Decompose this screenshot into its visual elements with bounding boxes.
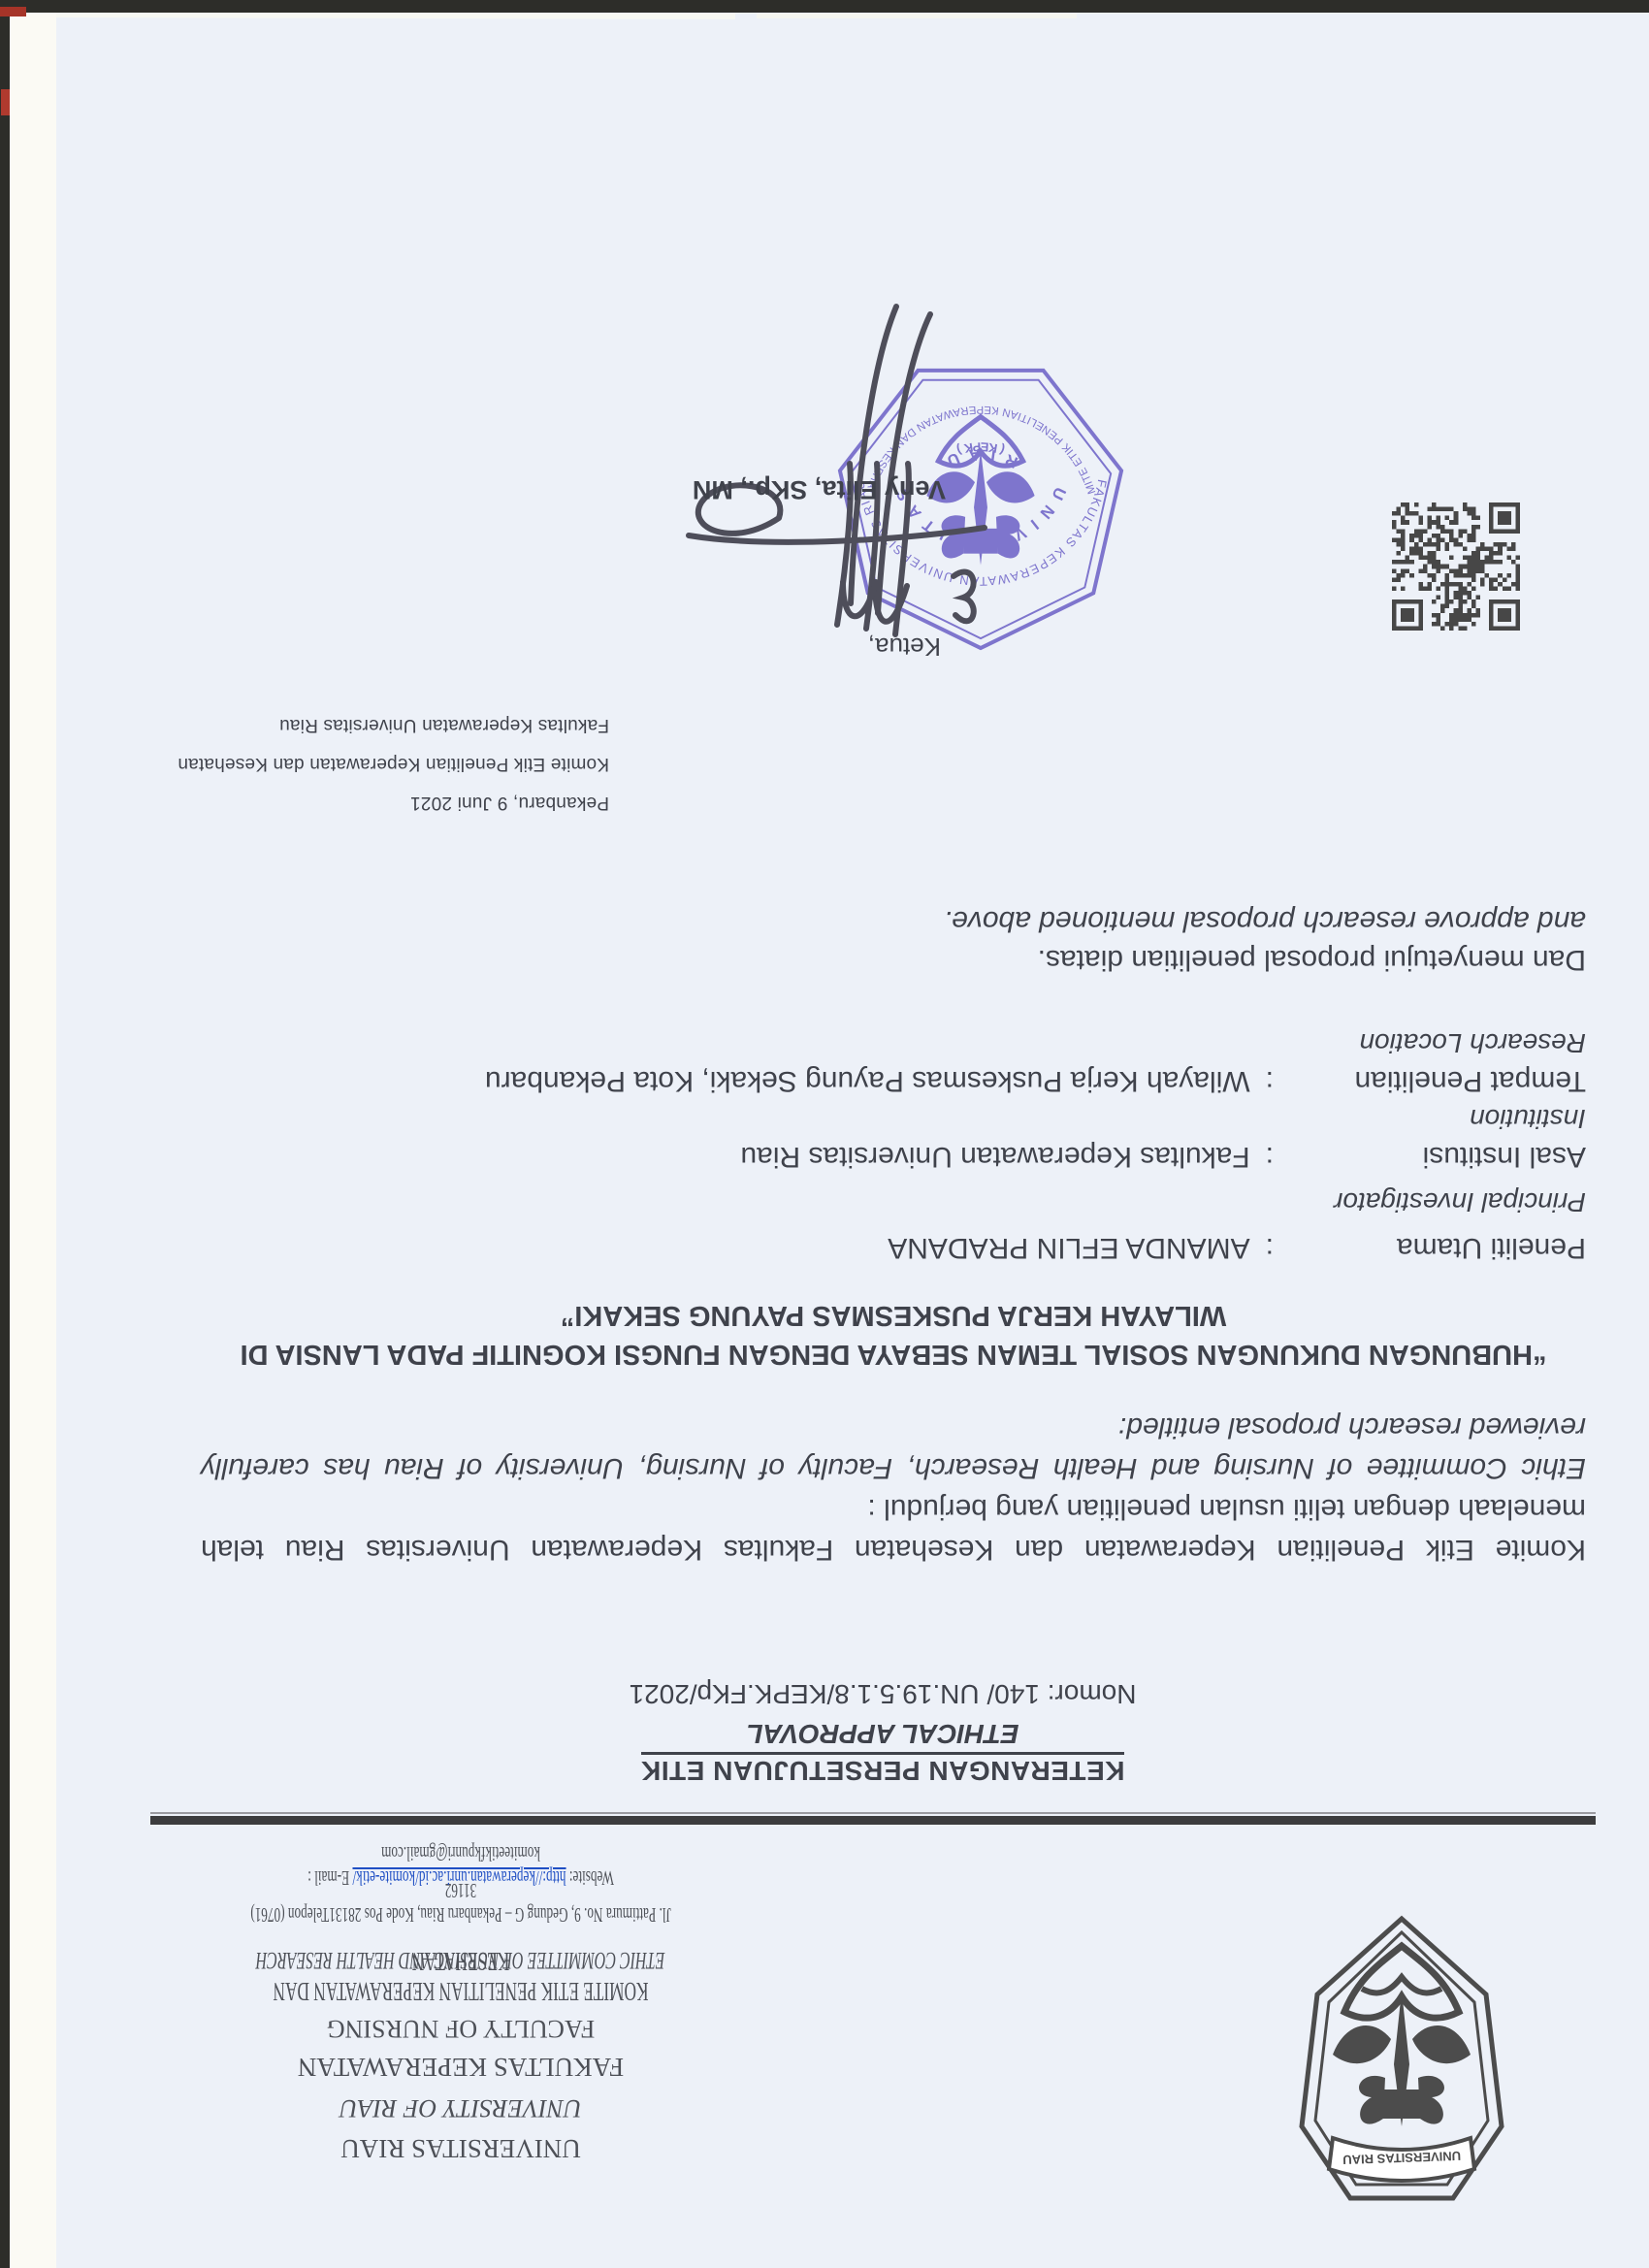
letterhead-divider-shadow — [150, 1812, 1596, 1814]
website-label: Website: — [569, 1866, 614, 1890]
detail-sublabel-principal-investigator: Principal Investigator — [1334, 1186, 1586, 1217]
letterhead-university-id: UNIVERSITAS RIAU — [121, 2133, 800, 2163]
detail-sublabel-institution: Institution — [1470, 1103, 1586, 1134]
logo-emblem — [1333, 1946, 1471, 2126]
letterhead-committee-en: ETHIC COMMITTEE OF NURSING AND HEALTH RE… — [121, 1946, 800, 1973]
scanner-margin-strip — [10, 13, 56, 2268]
letter-page: UNIVERSITAS RIAU UNIVERSITAS RIAU UNIVER… — [0, 0, 1649, 2268]
scanner-edge-top — [0, 0, 1649, 13]
document-title-en: ETHICAL APPROVAL — [349, 1718, 1416, 1749]
detail-row-asal-institusi: Asal Institusi:Fakultas Keperawatan Univ… — [740, 1140, 1586, 1173]
document-title-id: KETERANGAN PERSETUJUAN ETIK — [349, 1755, 1416, 1786]
letterhead-divider — [150, 1816, 1596, 1825]
paragraph-line-en: Ethic Committee of Nursing and Health Re… — [201, 1447, 1586, 1488]
signature-org-line1: Komite Etik Penelitian Keperawatan dan K… — [178, 753, 609, 774]
paragraph-line: Komite Etik Penelitian Keperawatan dan K… — [201, 1529, 1586, 1570]
letterhead-faculty-en: FACULTY OF NURSING — [121, 2014, 800, 2043]
place-date: Pekanbaru, 9 Juni 2021 — [410, 792, 609, 813]
detail-sublabel-research-location: Research Location — [1360, 1027, 1586, 1058]
document-title-block: KETERANGAN PERSETUJUAN ETIK ETHICAL APPR… — [349, 1678, 1416, 1786]
scanner-edge-left — [0, 0, 10, 2268]
paper-torn-edge — [757, 14, 1077, 18]
document-number: Nomor: 140/ UN.19.5.1.8/KEPK.FKp/2021 — [349, 1678, 1416, 1709]
universitas-riau-logo: UNIVERSITAS RIAU — [1290, 1914, 1513, 2219]
closing-line-id: Dan menyetujui proposal penelitian diata… — [1038, 943, 1586, 976]
paragraph-line-en: reviewed research proposal entitled: — [201, 1407, 1586, 1447]
letterhead-university-en: UNIVERSITY OF RIAU — [121, 2093, 800, 2122]
opening-paragraph: Komite Etik Penelitian Keperawatan dan K… — [201, 1407, 1586, 1570]
paragraph-line: menelaah dengan teliti usulan penelitian… — [201, 1488, 1586, 1529]
detail-row-tempat-penelitian: Tempat Penelitian:Wilayah Kerja Puskesma… — [485, 1064, 1586, 1097]
email-address: komiteetikfkpunri@gmail.com — [381, 1842, 540, 1865]
signature-org-line2: Fakultas Keperawatan Universitas Riau — [279, 714, 609, 735]
letterhead-faculty-id: FAKULTAS KEPERAWATAN — [121, 2052, 800, 2082]
scan-red-mark — [0, 7, 26, 16]
website-link: http://keperawatan.unri.ac.id/komite-eti… — [352, 1866, 566, 1890]
scan-red-mark — [1, 89, 10, 115]
research-title: “HUBUNGAN DUKUNGAN SOSIAL TEMAN SEBAYA D… — [201, 1296, 1586, 1374]
qr-code — [1392, 502, 1520, 631]
letterhead-contact-line: Website: http://keperawatan.unri.ac.id/k… — [121, 1841, 800, 1890]
scanned-document: UNIVERSITAS RIAU UNIVERSITAS RIAU UNIVER… — [0, 0, 1649, 2268]
research-title-line: WILAYAH KERJA PUSKESMAS PAYUNG SEKAKI” — [201, 1296, 1586, 1335]
email-label: E-mail : — [307, 1866, 352, 1890]
detail-row-peneliti-utama: Peneliti Utama:AMANDA EFLIN PRADANA — [888, 1231, 1586, 1264]
research-title-line: “HUBUNGAN DUKUNGAN SOSIAL TEMAN SEBAYA D… — [201, 1335, 1586, 1374]
signer-name: Veny Elita, SKp., MN — [693, 474, 946, 504]
closing-line-en: and approve research proposal mentioned … — [944, 904, 1586, 937]
